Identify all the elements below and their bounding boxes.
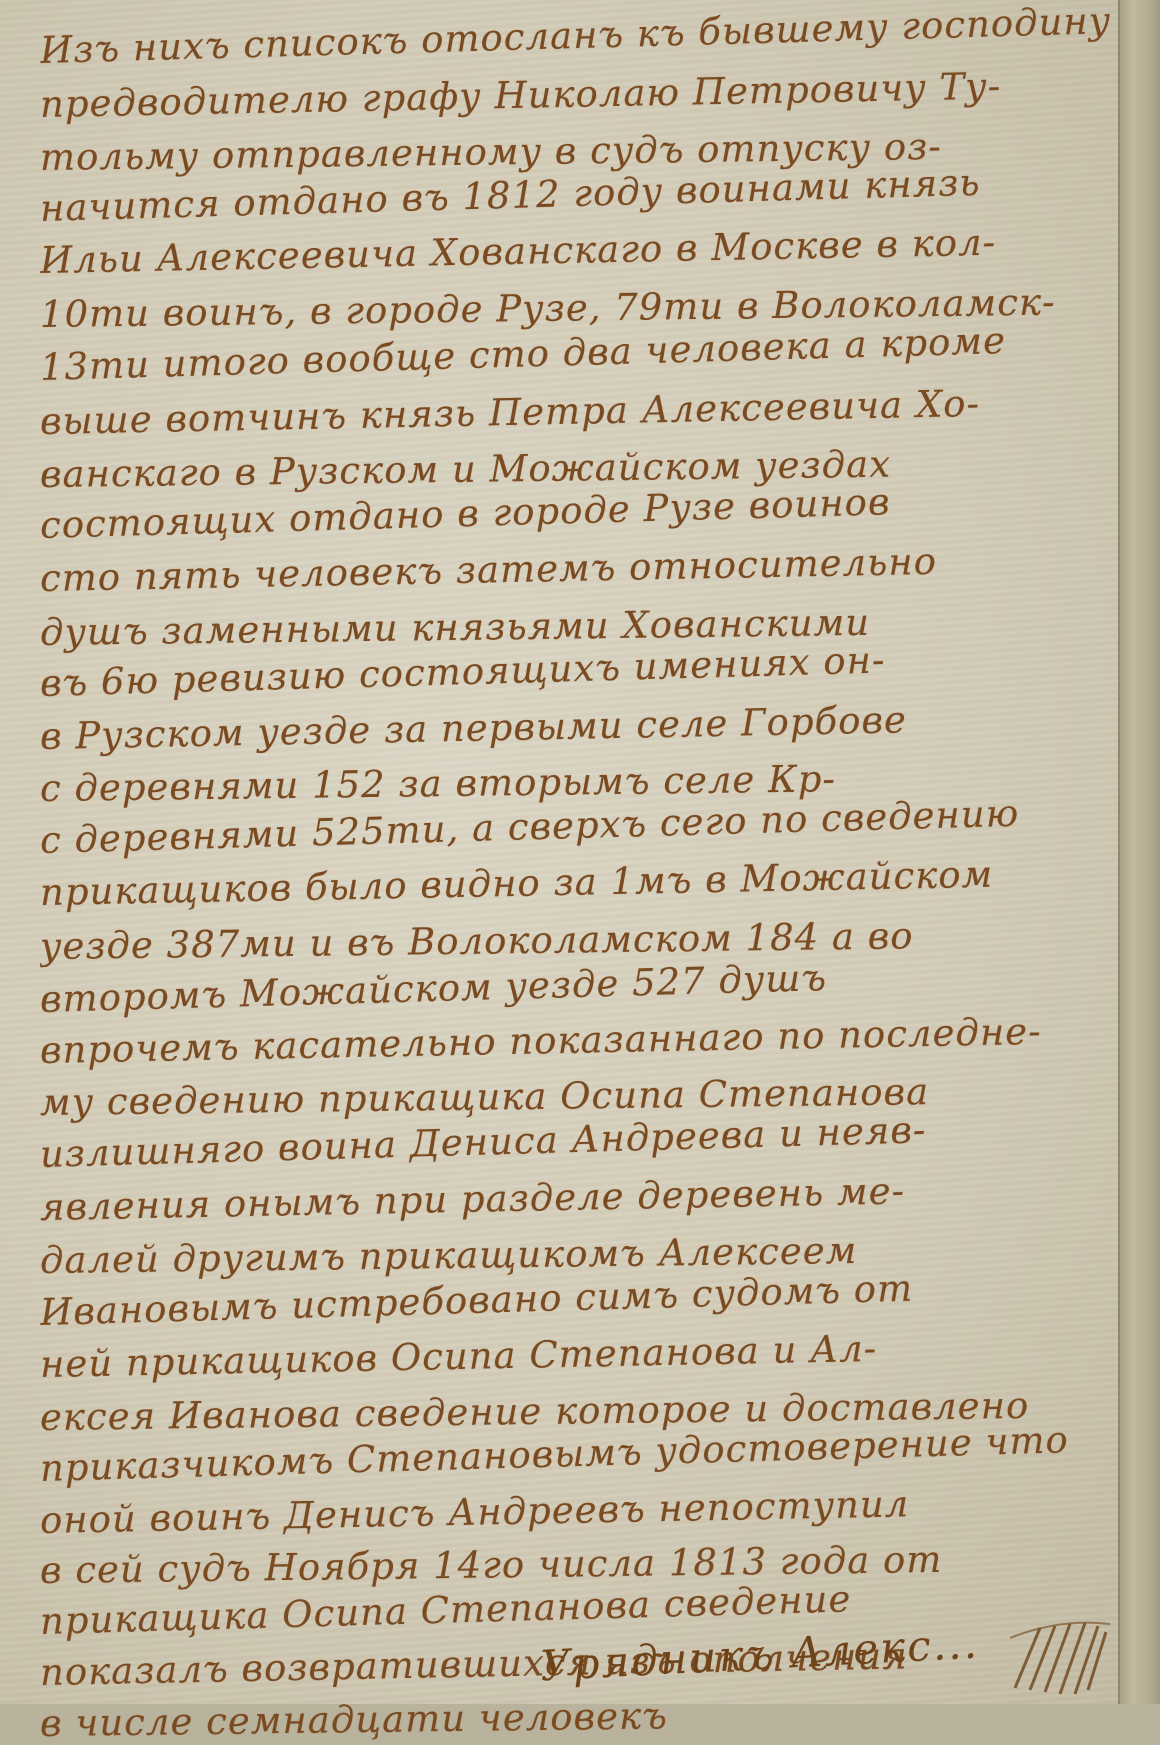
manuscript-line: ней прикащиков Осипа Степанова и Ал- — [40, 1322, 1121, 1386]
manuscript-line: в Рузском уезде за первыми селе Горбове — [40, 694, 1121, 758]
manuscript-line: выше вотчинъ князь Петра Алексеевича Хо- — [40, 379, 1121, 443]
manuscript-line: Изъ нихъ списокъ отосланъ къ бывшему гос… — [39, 0, 1120, 72]
manuscript-line: Ильи Алексеевича Хованскаго в Москве в к… — [40, 218, 1121, 282]
manuscript-line: явления онымъ при разделе деревень ме- — [40, 1165, 1121, 1229]
manuscript-line: сто пять человекъ затемъ относительно — [40, 536, 1121, 600]
manuscript-line: предводителю графу Николаю Петровичу Ту- — [40, 62, 1121, 126]
manuscript-page: Изъ нихъ списокъ отосланъ къ бывшему гос… — [0, 0, 1118, 1704]
manuscript-line: прикащиков было видно за 1мъ в Можайском — [40, 850, 1121, 914]
manuscript-line: в числе семнадцати человекъ — [40, 1689, 1120, 1704]
manuscript-line: оной воинъ Денисъ Андреевъ непоступил — [40, 1478, 1121, 1542]
manuscript-line: впрочемъ касательно показаннаго по после… — [40, 1008, 1121, 1072]
book-gutter — [1118, 0, 1160, 1704]
signature-flourish-icon — [1010, 1618, 1110, 1698]
